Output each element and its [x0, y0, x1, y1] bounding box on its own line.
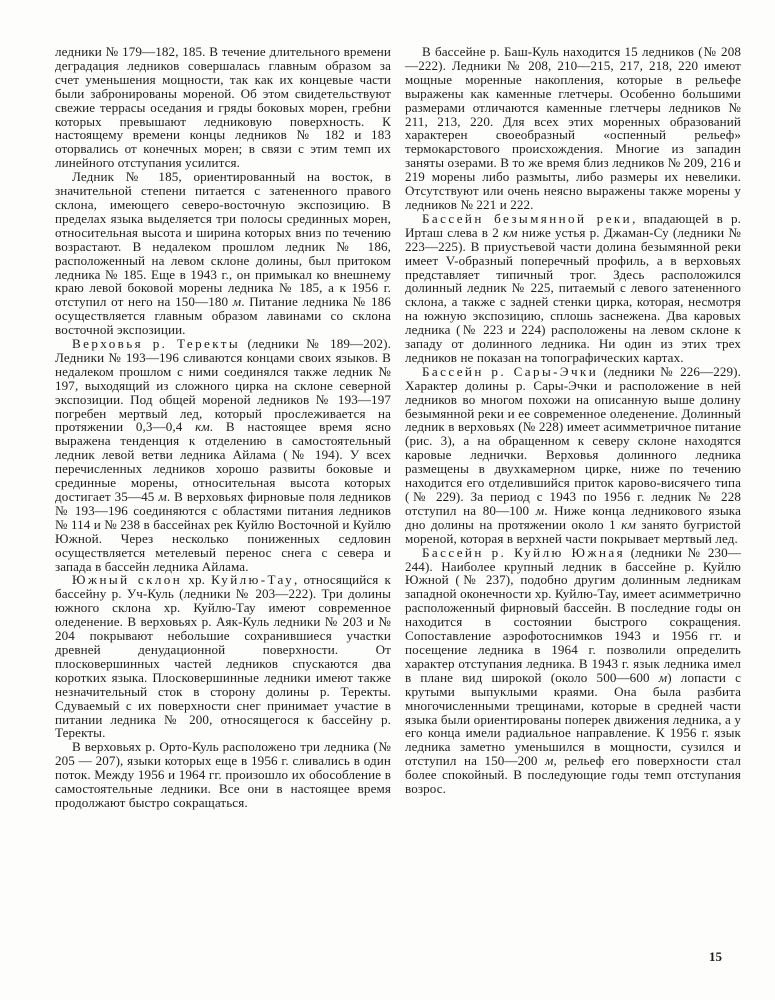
document-page: ледники № 179—182, 185. В течение длител… [0, 0, 775, 1000]
text-segment: км [503, 225, 518, 240]
paragraph: Бассейн р. Куйлю Южная (ледники № 230—24… [405, 546, 741, 796]
paragraph: ледники № 179—182, 185. В течение длител… [55, 45, 391, 170]
text-segment: м [158, 489, 166, 504]
section-heading: Бассейн безымянной реки [422, 211, 632, 226]
right-column: В бассейне р. Баш-Куль находится 15 ледн… [405, 45, 741, 810]
text-segment: м [536, 503, 544, 518]
paragraph: В верховьях р. Орто-Куль расположено три… [55, 740, 391, 810]
paragraph: Южный склон хр. Куйлю-Тау, относящийся к… [55, 573, 391, 740]
text-segment: м [659, 670, 667, 685]
section-heading: Верховья р. Теректы [72, 336, 240, 351]
text-segment: В верховьях р. Орто-Куль расположено три… [55, 739, 391, 810]
text-segment: ледники № 179—182, 185. В течение длител… [55, 44, 391, 170]
text-segment: хр. [182, 572, 211, 587]
text-segment: В бассейне р. Баш-Куль находится 15 ледн… [405, 44, 741, 212]
text-segment: км [195, 419, 210, 434]
text-segment: м [233, 294, 241, 309]
text-segment: , относящийся к бассейну р. Уч-Куль (лед… [55, 572, 391, 740]
section-heading: Южный склон [72, 572, 182, 587]
text-segment: км [621, 517, 636, 532]
paragraph: Бассейн р. Сары-Эчки (ледники № 226—229)… [405, 365, 741, 546]
text-segment: Ледник № 185, ориентированный на восток,… [55, 169, 391, 309]
text-segment: (ледники № 230—244). Наиболее крупный ле… [405, 545, 741, 685]
paragraph: Верховья р. Теректы (ледники № 189—202).… [55, 337, 391, 573]
text-columns: ледники № 179—182, 185. В течение длител… [55, 45, 742, 810]
section-heading: Бассейн р. Сары-Эчки [422, 364, 598, 379]
section-heading: Куйлю-Тау [211, 572, 294, 587]
page-number: 15 [709, 950, 722, 964]
paragraph: Бассейн безымянной реки, впадающей в р. … [405, 212, 741, 365]
text-segment: ниже устья р. Джаман-Су (ледники № 223—2… [405, 225, 741, 365]
left-column: ледники № 179—182, 185. В течение длител… [55, 45, 391, 810]
section-heading: Бассейн р. Куйлю Южная [422, 545, 625, 560]
paragraph: Ледник № 185, ориентированный на восток,… [55, 170, 391, 337]
paragraph: В бассейне р. Баш-Куль находится 15 ледн… [405, 45, 741, 212]
text-segment: (ледники № 226—229). Характер долины р. … [405, 364, 741, 518]
